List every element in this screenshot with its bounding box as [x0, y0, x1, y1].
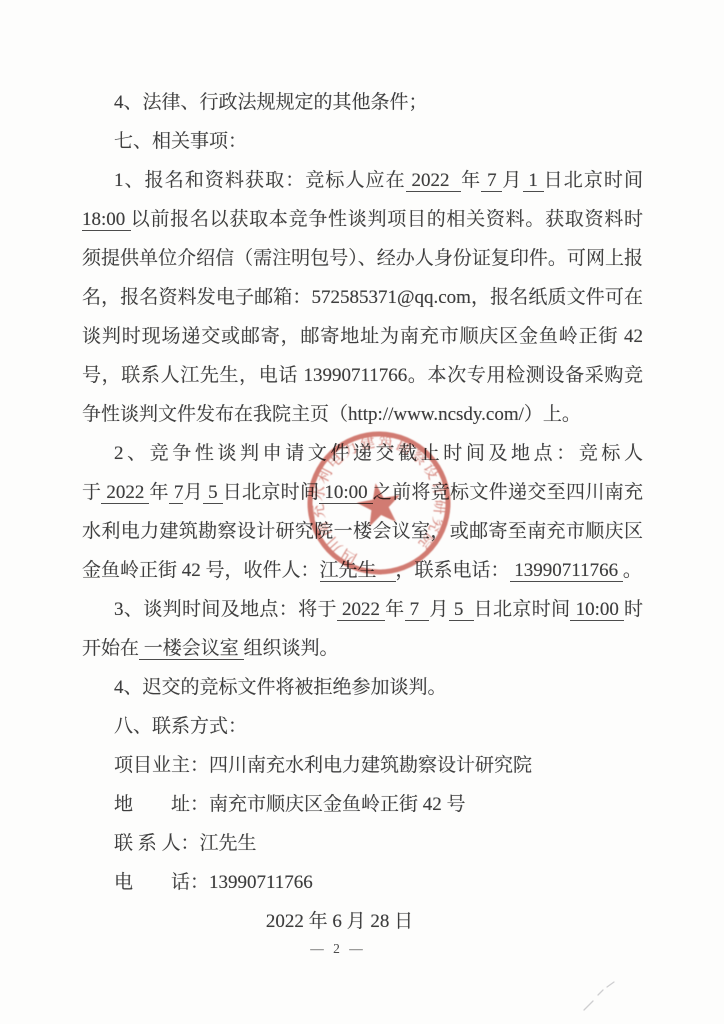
- blank-year: 2022: [337, 599, 385, 621]
- para-registration: 1、报名和资料获取：竞标人应在 2022 年 7 月 1 日北京时间18:00 …: [82, 161, 643, 434]
- text-segment: 组织谈判。: [244, 638, 339, 659]
- text-segment: 3、谈判时间及地点：将于: [114, 599, 337, 620]
- blank-time: 18:00: [82, 209, 131, 231]
- blank-day: 5: [203, 482, 223, 504]
- para-negotiation-time: 3、谈判时间及地点：将于 2022 年 7 月 5 日北京时间 10:00 时开…: [82, 590, 643, 668]
- blank-phone: 13990711766: [510, 560, 623, 582]
- contact-phone: 电 话：13990711766: [82, 863, 643, 902]
- blank-time: 10:00: [570, 599, 624, 621]
- document-body: 4、法律、行政法规规定的其他条件； 七、相关事项： 1、报名和资料获取：竞标人应…: [82, 83, 643, 941]
- document-page: 4、法律、行政法规规定的其他条件； 七、相关事项： 1、报名和资料获取：竞标人应…: [0, 0, 724, 1024]
- text-segment: 年: [461, 170, 481, 191]
- blank-recipient: 江先生: [320, 560, 396, 582]
- contact-address: 地 址：南充市顺庆区金鱼岭正街 42 号: [82, 785, 643, 824]
- text-segment: 日北京时间: [544, 170, 643, 191]
- clause-other-conditions: 4、法律、行政法规规定的其他条件；: [82, 83, 643, 122]
- clause-late-submission: 4、迟交的竞标文件将被拒绝参加谈判。: [82, 668, 643, 707]
- text-segment: 日北京时间: [223, 482, 320, 503]
- blank-year: 2022: [406, 170, 461, 192]
- blank-month: 7: [405, 599, 430, 621]
- text-segment: 以前报名以获取本竞争性谈判项目的相关资料。获取资料时须提供单位介绍信（需注明包号…: [82, 209, 643, 425]
- text-segment: 1、报名和资料获取：竞标人应在: [114, 170, 406, 191]
- blank-time: 10:00: [319, 482, 372, 504]
- text-segment: 月: [183, 482, 203, 503]
- blank-venue: 一楼会议室: [139, 638, 244, 660]
- pencil-mark: [580, 980, 620, 1014]
- text-segment: ，联系电话：: [396, 560, 510, 581]
- section-7-heading: 七、相关事项：: [82, 122, 643, 161]
- text-segment: 月: [429, 599, 448, 620]
- page-number: — 2 —: [0, 941, 676, 957]
- contact-person: 联 系 人：江先生: [82, 824, 643, 863]
- blank-year: 2022: [101, 482, 149, 504]
- blank-month: 7: [481, 170, 502, 192]
- text-segment: 月: [502, 170, 522, 191]
- text-segment: 日北京时间: [474, 599, 571, 620]
- section-8-heading: 八、联系方式：: [82, 707, 643, 746]
- blank-day: 1: [523, 170, 544, 192]
- contact-owner: 项目业主：四川南充水利电力建筑勘察设计研究院: [82, 746, 643, 785]
- para-submission-deadline: 2、竞争性谈判申请文件递交截止时间及地点：竞标人于 2022 年 7月 5 日北…: [82, 434, 643, 590]
- text-segment: 年: [149, 482, 168, 503]
- blank-month: 7: [169, 482, 184, 504]
- text-segment: 。: [623, 560, 642, 581]
- blank-day: 5: [449, 599, 474, 621]
- document-date: 2022 年 6 月 28 日: [82, 902, 643, 941]
- text-segment: 年: [385, 599, 404, 620]
